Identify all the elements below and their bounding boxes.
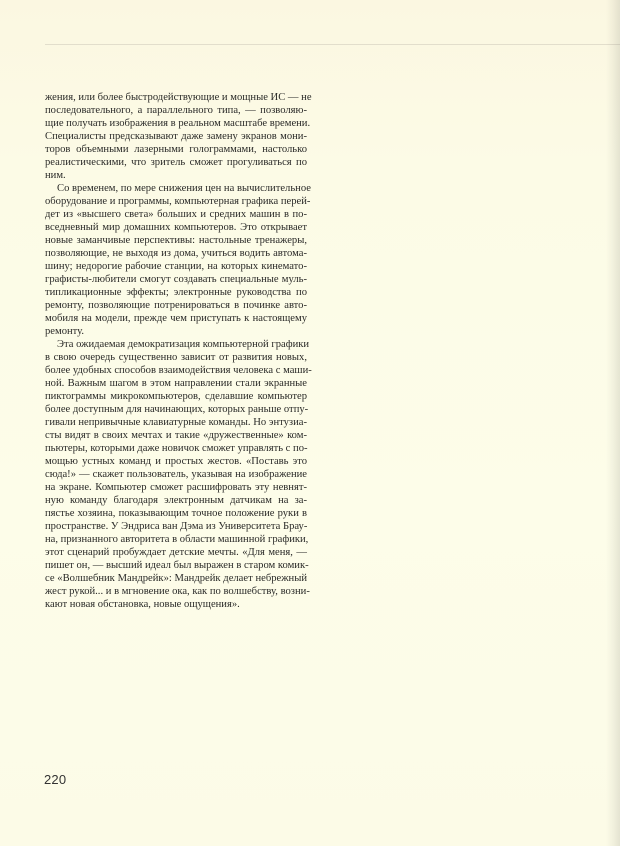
text-line: в свою очередь существенно зависит от ра… [45,351,307,364]
text-line: Специалисты предсказывают даже замену эк… [45,130,307,143]
text-line: мобиля на модели, прежде чем приступать … [45,312,307,325]
paragraph-3: Эта ожидаемая демократизация компьютерно… [45,338,307,611]
text-line: оборудование и программы, компьютерная г… [45,195,307,208]
text-line: более доступным для начинающих, которых … [45,403,307,416]
text-line: шину; недорогие рабочие станции, на кото… [45,260,307,273]
text-line: Со временем, по мере снижения цен на выч… [45,182,307,195]
text-line: ремонту. [45,325,307,338]
text-line: этот сценарий пробуждает детские мечты. … [45,546,307,559]
text-line: пространстве. У Эндриса ван Дэма из Унив… [45,520,307,533]
text-line: се «Волшебник Мандрейк»: Мандрейк делает… [45,572,307,585]
text-line: ной. Важным шагом в этом направлении ста… [45,377,307,390]
text-line: ремонту, позволяющие потренироваться в п… [45,299,307,312]
text-line: сюда!» — скажет пользователь, указывая н… [45,468,307,481]
body-text-column: жения, или более быстродействующие и мощ… [45,91,307,611]
text-line: жест рукой... и в мгновение ока, как по … [45,585,307,598]
paragraph-2: Со временем, по мере снижения цен на выч… [45,182,307,338]
text-line: мощью устных команд и простых жестов. «П… [45,455,307,468]
text-line: графисты-любители смогут создавать специ… [45,273,307,286]
text-line: сты видят в своих мечтах и такие «дружес… [45,429,307,442]
text-line: Эта ожидаемая демократизация компьютерно… [45,338,307,351]
text-line: позволяющие, не выходя из дома, учиться … [45,247,307,260]
text-line: вседневный мир домашних компьютеров. Это… [45,221,307,234]
text-line: более удобных способов взаимодействия че… [45,364,307,377]
page-number: 220 [44,772,66,787]
text-line: торов объемными лазерными голограммами, … [45,143,307,156]
text-line: щие получать изображения в реальном масш… [45,117,307,130]
text-line: пьютеры, которыми даже новичок сможет уп… [45,442,307,455]
scan-artifact-line [45,44,620,45]
text-line: ним. [45,169,307,182]
text-line: кают новая обстановка, новые ощущения». [45,598,307,611]
text-line: пишет он, — высший идеал был выражен в с… [45,559,307,572]
text-line: на, признанного авторитета в области маш… [45,533,307,546]
page-edge-shadow [606,0,620,846]
text-line: пястье хозяина, показывающим точное поло… [45,507,307,520]
text-line: типликационные эффекты; электронные руко… [45,286,307,299]
text-line: дет из «высшего света» больших и средних… [45,208,307,221]
paragraph-1: жения, или более быстродействующие и мощ… [45,91,307,182]
text-line: новые заманчивые перспективы: настольные… [45,234,307,247]
text-line: реалистическими, что зритель сможет прог… [45,156,307,169]
text-line: ную команду благодаря электронным датчик… [45,494,307,507]
text-line: гивали непривычные клавиатурные команды.… [45,416,307,429]
text-line: пиктограммы микрокомпьютеров, сделавшие … [45,390,307,403]
text-line: на экране. Компьютер сможет расшифровать… [45,481,307,494]
text-line: последовательного, а параллельного типа,… [45,104,307,117]
text-line: жения, или более быстродействующие и мощ… [45,91,307,104]
